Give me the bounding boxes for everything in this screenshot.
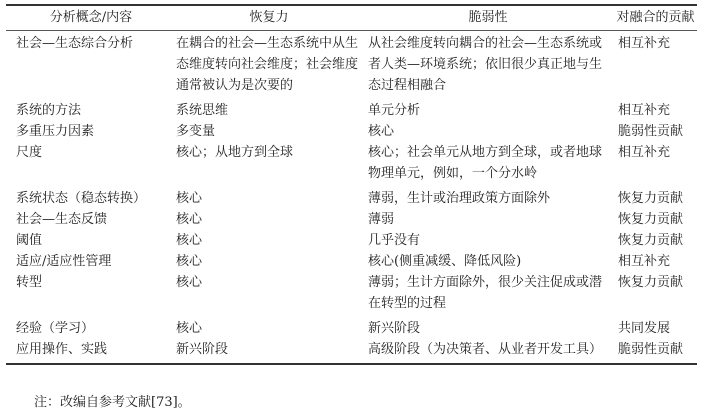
table-row: 社会—生态反馈 核心 薄弱 恢复力贡献 (6, 209, 697, 230)
table-row: 系统状态（稳态转换） 核心 薄弱，生计或治理政策方面除外 恢复力贡献 (6, 188, 697, 209)
cell-vulnerability: 高级阶段（为决策者、从业者开发工具） (362, 339, 614, 360)
table-body: 社会—生态综合分析 在耦合的社会—生态系统中从生态维度转向社会维度；社会维度通常… (6, 31, 697, 363)
table-row: 多重压力因素 多变量 核心 脆弱性贡献 (6, 121, 697, 142)
cell-contribution: 恢复力贡献 (614, 230, 697, 251)
cell-contribution: 脆弱性贡献 (614, 339, 697, 360)
cell-vulnerability: 单元分析 (362, 100, 614, 121)
table-row: 应用操作、实践 新兴阶段 高级阶段（为决策者、从业者开发工具） 脆弱性贡献 (6, 339, 697, 360)
table-row: 尺度 核心；从地方到全球 核心；社会单元从地方到全球，或者地球物理单元，例如，一… (6, 142, 697, 184)
cell-vulnerability: 新兴阶段 (362, 318, 614, 339)
cell-concept: 尺度 (6, 142, 176, 184)
cell-contribution: 相互补充 (614, 251, 697, 272)
table-row: 社会—生态综合分析 在耦合的社会—生态系统中从生态维度转向社会维度；社会维度通常… (6, 33, 697, 96)
cell-vulnerability: 从社会维度转向耦合的社会—生态系统或者人类—环境系统；依旧很少真正地与生态过程相… (362, 33, 614, 96)
table-header-row: 分析概念/内容 恢复力 脆弱性 对融合的贡献 (6, 6, 697, 30)
cell-contribution: 恢复力贡献 (614, 272, 697, 314)
table-row: 系统的方法 系统思维 单元分析 相互补充 (6, 100, 697, 121)
cell-resilience: 核心 (176, 209, 362, 230)
cell-concept: 社会—生态综合分析 (6, 33, 176, 96)
cell-concept: 转型 (6, 272, 176, 314)
column-header-contribution: 对融合的贡献 (614, 6, 697, 30)
cell-resilience: 核心；从地方到全球 (176, 142, 362, 184)
cell-contribution: 恢复力贡献 (614, 188, 697, 209)
column-header-concept: 分析概念/内容 (6, 6, 176, 30)
cell-contribution: 恢复力贡献 (614, 209, 697, 230)
cell-concept: 经验（学习） (6, 318, 176, 339)
cell-concept: 社会—生态反馈 (6, 209, 176, 230)
cell-vulnerability: 核心(侧重减缓、降低风险) (362, 251, 614, 272)
table-bottom-rule (6, 363, 697, 365)
cell-resilience: 核心 (176, 272, 362, 314)
cell-contribution: 相互补充 (614, 142, 697, 184)
cell-contribution: 相互补充 (614, 33, 697, 96)
cell-concept: 系统状态（稳态转换） (6, 188, 176, 209)
cell-concept: 阈值 (6, 230, 176, 251)
cell-concept: 应用操作、实践 (6, 339, 176, 360)
cell-contribution: 脆弱性贡献 (614, 121, 697, 142)
table-row: 转型 核心 薄弱；生计方面除外，很少关注促成或潜在转型的过程 恢复力贡献 (6, 272, 697, 314)
cell-vulnerability: 几乎没有 (362, 230, 614, 251)
cell-vulnerability: 核心；社会单元从地方到全球，或者地球物理单元，例如，一个分水岭 (362, 142, 614, 184)
cell-concept: 多重压力因素 (6, 121, 176, 142)
cell-concept: 适应/适应性管理 (6, 251, 176, 272)
cell-resilience: 新兴阶段 (176, 339, 362, 360)
cell-resilience: 在耦合的社会—生态系统中从生态维度转向社会维度；社会维度通常被认为是次要的 (176, 33, 362, 96)
table-row: 阈值 核心 几乎没有 恢复力贡献 (6, 230, 697, 251)
cell-resilience: 核心 (176, 251, 362, 272)
cell-resilience: 核心 (176, 318, 362, 339)
cell-vulnerability: 薄弱；生计方面除外，很少关注促成或潜在转型的过程 (362, 272, 614, 314)
table-row: 经验（学习） 核心 新兴阶段 共同发展 (6, 318, 697, 339)
cell-concept: 系统的方法 (6, 100, 176, 121)
comparison-table: 分析概念/内容 恢复力 脆弱性 对融合的贡献 社会—生态综合分析 在耦合的社会—… (6, 4, 697, 365)
cell-vulnerability: 薄弱 (362, 209, 614, 230)
column-header-vulnerability: 脆弱性 (362, 6, 614, 30)
cell-contribution: 相互补充 (614, 100, 697, 121)
cell-resilience: 系统思维 (176, 100, 362, 121)
column-header-resilience: 恢复力 (176, 6, 362, 30)
cell-contribution: 共同发展 (614, 318, 697, 339)
cell-resilience: 多变量 (176, 121, 362, 142)
cell-vulnerability: 核心 (362, 121, 614, 142)
cell-resilience: 核心 (176, 188, 362, 209)
cell-vulnerability: 薄弱，生计或治理政策方面除外 (362, 188, 614, 209)
cell-resilience: 核心 (176, 230, 362, 251)
table-row: 适应/适应性管理 核心 核心(侧重减缓、降低风险) 相互补充 (6, 251, 697, 272)
table-footnote: 注：改编自参考文献[73]。 (34, 391, 191, 410)
